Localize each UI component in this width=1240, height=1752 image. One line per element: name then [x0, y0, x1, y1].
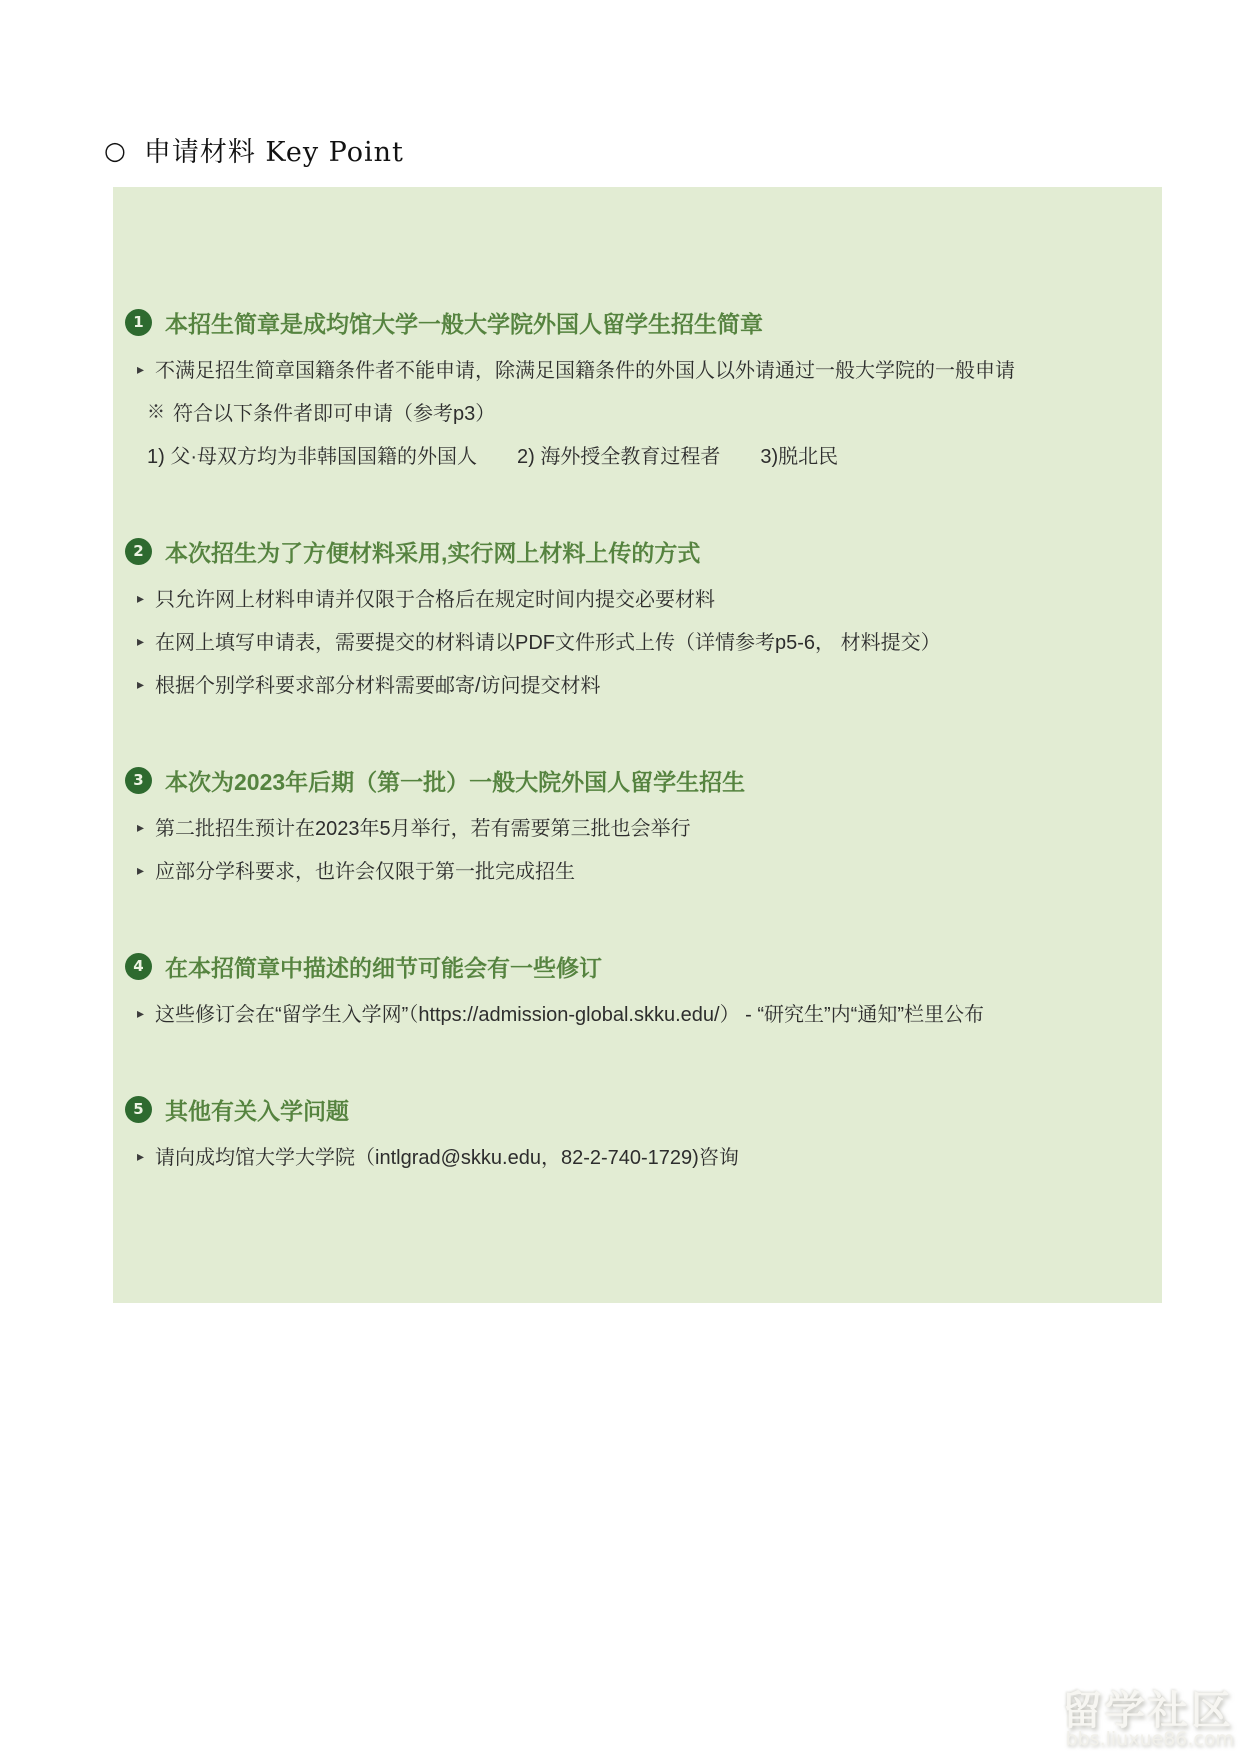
list-item: ※ 符合以下条件者即可申请（参考p3）: [147, 402, 1122, 426]
key-point-panel: 1 本招生简章是成均馆大学一般大学院外国人留学生招生简章 ▸ 不满足招生简章国籍…: [113, 187, 1162, 1303]
section-number-badge: 2: [125, 538, 152, 565]
section-number-badge: 3: [125, 767, 152, 794]
section-heading-row: 5 其他有关入学问题: [125, 1094, 1122, 1124]
arrow-bullet-icon: ▸: [137, 359, 155, 383]
arrow-bullet-icon: ▸: [137, 631, 155, 655]
list-item: ▸ 第二批招生预计在2023年5月举行，若有需要第三批也会举行: [137, 817, 1122, 841]
page-title: ○ 申请材料 Key Point: [104, 130, 404, 169]
list-item-text: 根据个别学科要求部分材料需要邮寄/访问提交材料: [155, 674, 601, 698]
list-item: 1) 父·母双方均为非韩国国籍的外国人 2) 海外授全教育过程者 3)脱北民: [147, 445, 1122, 469]
list-item-text: 应部分学科要求，也许会仅限于第一批完成招生: [155, 860, 575, 884]
arrow-bullet-icon: ▸: [137, 817, 155, 841]
key-point-section-1: 1 本招生简章是成均馆大学一般大学院外国人留学生招生简章 ▸ 不满足招生简章国籍…: [125, 307, 1122, 469]
list-item: ▸ 应部分学科要求，也许会仅限于第一批完成招生: [137, 860, 1122, 884]
section-number-badge: 5: [125, 1096, 152, 1123]
section-number-badge: 4: [125, 953, 152, 980]
key-point-section-5: 5 其他有关入学问题 ▸ 请向成均馆大学大学院（intlgrad@skku.ed…: [125, 1094, 1122, 1170]
key-point-section-2: 2 本次招生为了方便材料采用,实行网上材料上传的方式 ▸ 只允许网上材料申请并仅…: [125, 536, 1122, 698]
watermark-logo-text: 留学社区: [1062, 1689, 1234, 1733]
list-item-text: 不满足招生简章国籍条件者不能申请，除满足国籍条件的外国人以外请通过一般大学院的一…: [155, 359, 1015, 383]
document-page: ○ 申请材料 Key Point 1 本招生简章是成均馆大学一般大学院外国人留学…: [0, 0, 1240, 1752]
page-title-text: 申请材料 Key Point: [144, 130, 404, 169]
watermark: 留学社区 bbs.liuxue86.com: [1062, 1689, 1234, 1750]
list-item-text: 1) 父·母双方均为非韩国国籍的外国人 2) 海外授全教育过程者 3)脱北民: [147, 445, 838, 469]
section-heading-row: 2 本次招生为了方便材料采用,实行网上材料上传的方式: [125, 536, 1122, 566]
arrow-bullet-icon: ▸: [137, 1003, 155, 1027]
arrow-bullet-icon: ▸: [137, 588, 155, 612]
section-heading-text: 本招生简章是成均馆大学一般大学院外国人留学生招生简章: [165, 306, 763, 339]
list-item: ▸ 请向成均馆大学大学院（intlgrad@skku.edu，82-2-740-…: [137, 1146, 1122, 1170]
key-point-section-4: 4 在本招简章中描述的细节可能会有一些修订 ▸ 这些修订会在“留学生入学网”（h…: [125, 951, 1122, 1027]
list-item: ▸ 只允许网上材料申请并仅限于合格后在规定时间内提交必要材料: [137, 588, 1122, 612]
list-item-text: 请向成均馆大学大学院（intlgrad@skku.edu，82-2-740-17…: [155, 1146, 739, 1170]
list-item: ▸ 在网上填写申请表，需要提交的材料请以PDF文件形式上传（详情参考p5-6， …: [137, 631, 1122, 655]
list-item-text: 在网上填写申请表，需要提交的材料请以PDF文件形式上传（详情参考p5-6， 材料…: [155, 631, 941, 655]
arrow-bullet-icon: ▸: [137, 674, 155, 698]
circle-bullet-icon: ○: [104, 138, 127, 163]
list-item-text: 只允许网上材料申请并仅限于合格后在规定时间内提交必要材料: [155, 588, 715, 612]
list-item: ▸ 不满足招生简章国籍条件者不能申请，除满足国籍条件的外国人以外请通过一般大学院…: [137, 359, 1122, 383]
section-heading-text: 其他有关入学问题: [165, 1093, 349, 1126]
watermark-url-text: bbs.liuxue86.com: [1062, 1729, 1234, 1750]
reference-mark-icon: ※: [147, 402, 173, 426]
section-number-badge: 1: [125, 309, 152, 336]
arrow-bullet-icon: ▸: [137, 1146, 155, 1170]
section-heading-row: 1 本招生简章是成均馆大学一般大学院外国人留学生招生简章: [125, 307, 1122, 337]
list-item-text: 符合以下条件者即可申请（参考p3）: [173, 402, 495, 426]
arrow-bullet-icon: ▸: [137, 860, 155, 884]
key-point-section-3: 3 本次为2023年后期（第一批）一般大院外国人留学生招生 ▸ 第二批招生预计在…: [125, 765, 1122, 884]
section-heading-row: 3 本次为2023年后期（第一批）一般大院外国人留学生招生: [125, 765, 1122, 795]
section-heading-row: 4 在本招简章中描述的细节可能会有一些修订: [125, 951, 1122, 981]
list-item: ▸ 根据个别学科要求部分材料需要邮寄/访问提交材料: [137, 674, 1122, 698]
section-heading-text: 在本招简章中描述的细节可能会有一些修订: [165, 950, 602, 983]
section-heading-text: 本次招生为了方便材料采用,实行网上材料上传的方式: [165, 535, 700, 568]
list-item: ▸ 这些修订会在“留学生入学网”（https://admission-globa…: [137, 1003, 1122, 1027]
section-heading-text: 本次为2023年后期（第一批）一般大院外国人留学生招生: [165, 764, 745, 797]
list-item-text: 这些修订会在“留学生入学网”（https://admission-global.…: [155, 1003, 984, 1027]
list-item-text: 第二批招生预计在2023年5月举行，若有需要第三批也会举行: [155, 817, 691, 841]
